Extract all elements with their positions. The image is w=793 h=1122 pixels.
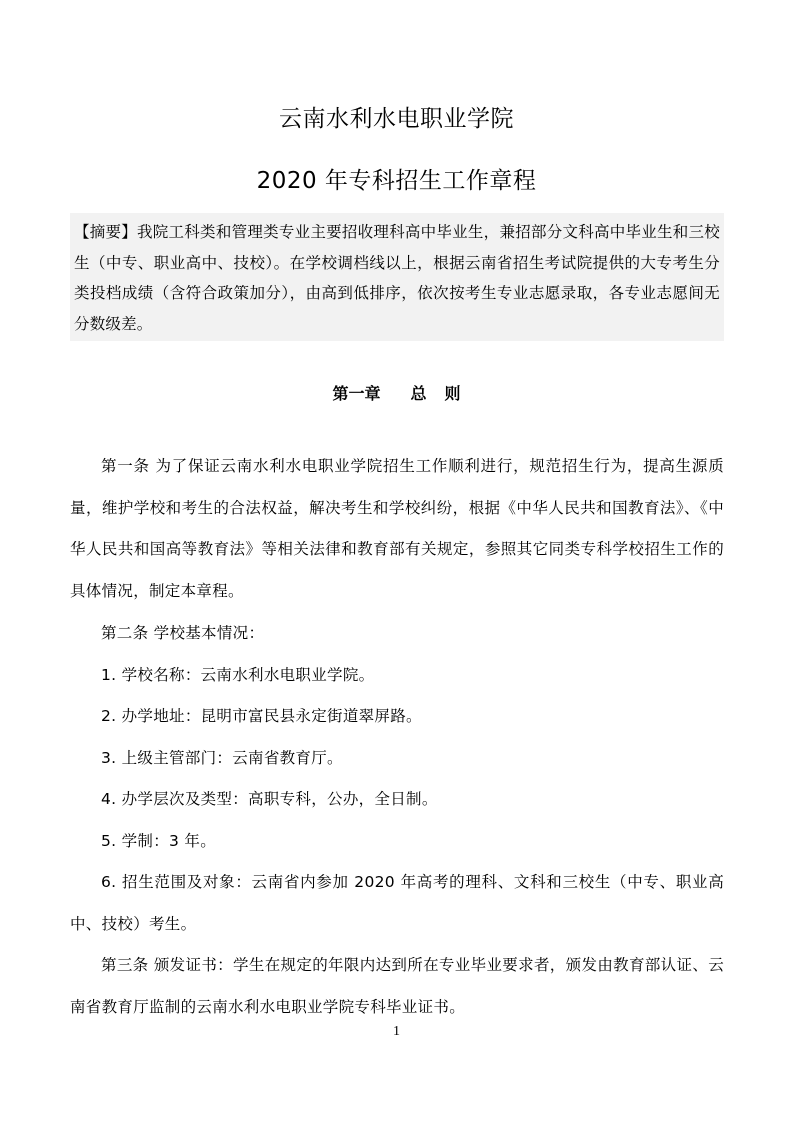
list-item-enrollment-scope: 6. 招生范围及对象：云南省内参加 2020 年高考的理科、文科和三校生（中专、… bbox=[70, 862, 724, 945]
article-1-paragraph: 第一条 为了保证云南水利水电职业学院招生工作顺利进行，规范招生行为，提高生源质量… bbox=[70, 446, 724, 612]
document-page: 云南水利水电职业学院 2020 年专科招生工作章程 【摘要】我院工科类和管理类专… bbox=[0, 0, 793, 1122]
page-number: 1 bbox=[0, 1024, 793, 1040]
list-item-school-type: 4. 办学层次及类型：高职专科，公办，全日制。 bbox=[70, 779, 724, 821]
article-1: 第一条 为了保证云南水利水电职业学院招生工作顺利进行，规范招生行为，提高生源质量… bbox=[70, 446, 724, 612]
document-title-subject: 2020 年专科招生工作章程 bbox=[0, 162, 793, 195]
article-label: 第一条 bbox=[101, 457, 150, 475]
chapter-title-char-1: 总 bbox=[410, 384, 426, 403]
article-text: 颁发证书：学生在规定的年限内达到所在专业毕业要求者，颁发由教育部认证、云南省教育… bbox=[70, 956, 724, 1016]
article-text: 学校基本情况： bbox=[154, 624, 265, 642]
list-item-authority: 3. 上级主管部门：云南省教育厅。 bbox=[70, 738, 724, 780]
abstract-tag: 【摘要】 bbox=[74, 223, 137, 241]
document-title-institution: 云南水利水电职业学院 bbox=[0, 100, 793, 133]
article-label: 第三条 bbox=[101, 956, 149, 974]
article-3-paragraph: 第三条 颁发证书：学生在规定的年限内达到所在专业毕业要求者，颁发由教育部认证、云… bbox=[70, 945, 724, 1028]
chapter-heading: 第一章总则 bbox=[0, 381, 793, 404]
chapter-number: 第一章 bbox=[332, 384, 380, 403]
abstract-text: 我院工科类和管理类专业主要招收理科高中毕业生，兼招部分文科高中毕业生和三校生（中… bbox=[74, 223, 720, 333]
article-2-and-3: 第二条 学校基本情况： 1. 学校名称：云南水利水电职业学院。 2. 办学地址：… bbox=[70, 613, 724, 1028]
list-item-duration: 5. 学制：3 年。 bbox=[70, 821, 724, 863]
article-2-paragraph: 第二条 学校基本情况： bbox=[70, 613, 724, 655]
abstract-box: 【摘要】我院工科类和管理类专业主要招收理科高中毕业生，兼招部分文科高中毕业生和三… bbox=[70, 213, 724, 341]
article-text: 为了保证云南水利水电职业学院招生工作顺利进行，规范招生行为，提高生源质量，维护学… bbox=[70, 457, 724, 600]
article-label: 第二条 bbox=[101, 624, 148, 642]
chapter-title-char-2: 则 bbox=[445, 384, 461, 403]
list-item-school-name: 1. 学校名称：云南水利水电职业学院。 bbox=[70, 655, 724, 697]
list-item-address: 2. 办学地址：昆明市富民县永定街道翠屏路。 bbox=[70, 696, 724, 738]
